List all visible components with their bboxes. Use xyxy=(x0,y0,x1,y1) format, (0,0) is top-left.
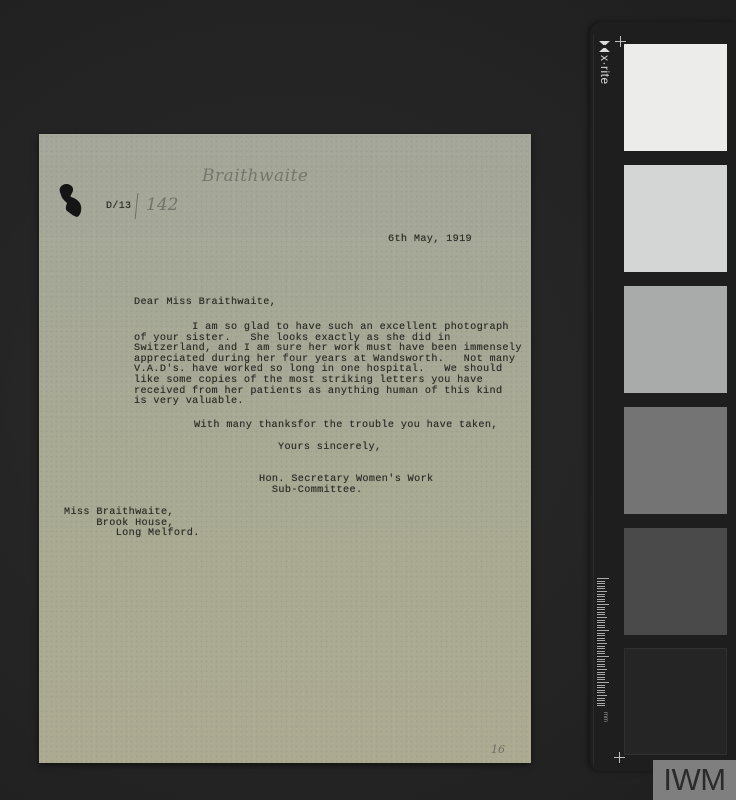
recipient-address: Miss Braithwaite, Brook House, Long Melf… xyxy=(64,508,200,540)
ruler-tick xyxy=(597,578,609,579)
ruler-tick xyxy=(597,609,605,610)
ruler-tick xyxy=(597,664,605,665)
ruler-tick xyxy=(597,674,605,675)
color-patch-mid-light-gray xyxy=(624,286,727,393)
ruler-tick xyxy=(597,687,605,688)
ruler-tick xyxy=(597,640,605,641)
valediction: Yours sincerely, xyxy=(278,443,381,454)
closing-line: With many thanksfor the trouble you have… xyxy=(194,421,498,432)
ruler-tick xyxy=(597,648,605,649)
salutation: Dear Miss Braithwaite, xyxy=(134,298,276,309)
ruler-tick xyxy=(597,594,605,595)
color-patch-white xyxy=(624,44,727,151)
ruler-unit-label: mm xyxy=(602,712,608,722)
ruler-tick xyxy=(597,643,607,644)
ruler-tick xyxy=(597,705,605,706)
letter-body: I am so glad to have such an excellent p… xyxy=(134,323,522,408)
ruler-tick xyxy=(597,653,605,654)
ruler-tick xyxy=(597,690,605,691)
ruler-tick xyxy=(597,682,609,683)
ruler-tick xyxy=(597,692,605,693)
ruler-tick xyxy=(597,685,605,686)
ruler-tick xyxy=(597,698,605,699)
ruler-tick xyxy=(597,695,607,696)
ruler-tick xyxy=(597,651,605,652)
ruler-tick xyxy=(597,703,605,704)
pencil-annotation-name: Braithwaite xyxy=(202,166,309,186)
ruler-tick xyxy=(597,646,605,647)
ruler-tick xyxy=(597,633,605,634)
ruler-tick xyxy=(597,669,607,670)
ruler-tick xyxy=(597,656,609,657)
ruler-tick xyxy=(597,583,605,584)
ruler-tick xyxy=(597,599,605,600)
ruler-tick xyxy=(597,586,605,587)
ruler-tick xyxy=(597,617,607,618)
ink-blot xyxy=(58,183,84,219)
ruler-tick xyxy=(597,630,609,631)
ruler-tick xyxy=(597,612,605,613)
ruler-tick xyxy=(597,659,605,660)
card-edge-line xyxy=(593,34,594,764)
brand-label: x·rite xyxy=(598,55,612,85)
ruler-tick xyxy=(597,596,605,597)
reference-handwritten: 142 xyxy=(146,195,178,215)
ruler-tick xyxy=(597,614,605,615)
ruler-tick xyxy=(597,635,605,636)
color-patch-dark-gray xyxy=(624,528,727,635)
ruler-tick xyxy=(597,622,605,623)
ruler-tick xyxy=(597,679,605,680)
ruler-tick xyxy=(597,666,605,667)
color-patch-mid-gray xyxy=(624,407,727,514)
ruler-tick xyxy=(597,620,605,621)
ruler-tick xyxy=(597,588,605,589)
ruler-tick xyxy=(597,638,605,639)
page-number: 16 xyxy=(491,743,505,756)
ruler-tick xyxy=(597,607,605,608)
xrite-logo-icon xyxy=(599,41,610,52)
ruler-tick xyxy=(597,625,605,626)
color-patch-light-gray xyxy=(624,165,727,272)
mm-ruler xyxy=(597,578,609,708)
ruler-tick xyxy=(597,581,605,582)
ruler-tick xyxy=(597,591,607,592)
ruler-tick xyxy=(597,627,605,628)
letter-date: 6th May, 1919 xyxy=(388,235,472,246)
ruler-tick xyxy=(597,672,605,673)
ruler-tick xyxy=(597,677,605,678)
ruler-tick xyxy=(597,661,605,662)
reference-code: D/13 xyxy=(106,202,131,213)
ruler-tick xyxy=(597,604,609,605)
color-patch-black xyxy=(624,648,727,755)
iwm-watermark: IWM xyxy=(653,760,736,800)
ruler-tick xyxy=(597,601,605,602)
ruler-tick xyxy=(597,700,605,701)
signature-block: Hon. Secretary Women's Work Sub-Committe… xyxy=(259,475,434,496)
